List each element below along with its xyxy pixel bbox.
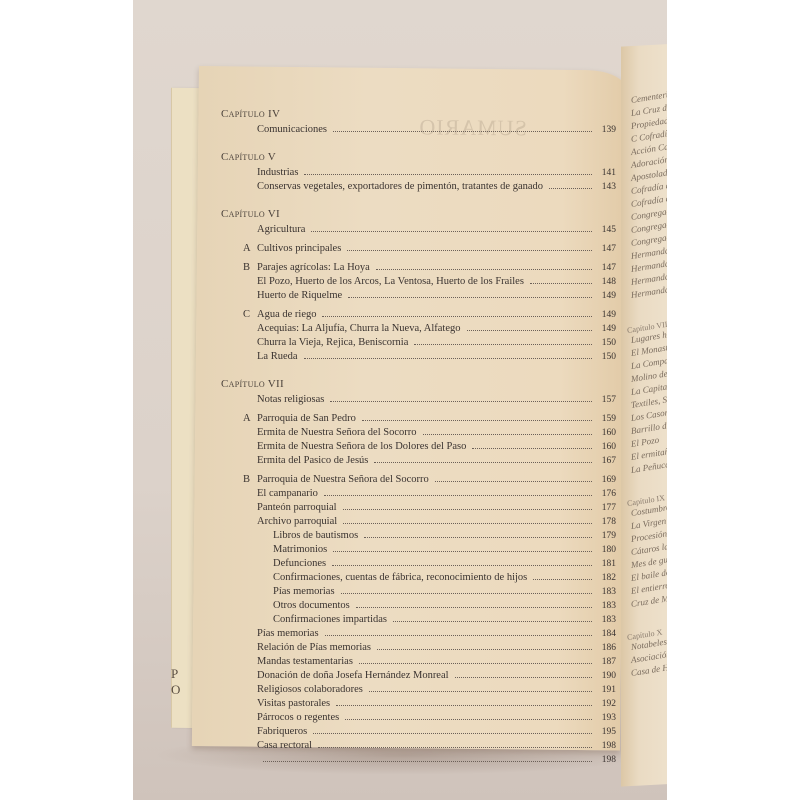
toc-entry: Conservas vegetales, exportadores de pim… [221, 180, 616, 194]
page-number: 193 [598, 711, 616, 725]
dot-leader [549, 188, 592, 189]
entry-label: El Pozo, Huerto de los Arcos, La Ventosa… [257, 275, 524, 289]
toc-entry: Otros documentos183 [221, 599, 616, 613]
entry-label: Visitas pastorales [257, 697, 330, 711]
table-of-contents: Capítulo IVComunicaciones139Capítulo VIn… [221, 108, 616, 767]
page-number: 192 [598, 697, 616, 711]
dot-leader [322, 316, 592, 317]
toc-entry: Fabriqueros195 [221, 725, 616, 739]
entry-label: Ermita de Nuestra Señora del Socorro [257, 426, 417, 440]
dot-leader [318, 747, 592, 748]
spacer [621, 299, 667, 312]
toc-entry: Ermita del Pasico de Jesús167 [221, 454, 616, 468]
chapter-heading: Capítulo V [221, 151, 616, 163]
dot-leader [325, 635, 592, 636]
toc-entry: Ermita de Nuestra Señora de los Dolores … [221, 440, 616, 454]
toc-entry: Ermita de Nuestra Señora del Socorro160 [221, 426, 616, 440]
toc-entry: Notas religiosas157 [221, 393, 616, 407]
page-number: 187 [598, 655, 616, 669]
toc-entry: Panteón parroquial177 [221, 501, 616, 515]
toc-entry: 198 [221, 753, 616, 767]
section-marker: A [243, 412, 257, 426]
toc-entry: Donación de doña Josefa Hernández Monrea… [221, 669, 616, 683]
dot-leader [359, 663, 592, 664]
page-number: 190 [598, 669, 616, 683]
toc-entry: Churra la Vieja, Rejica, Beniscornia150 [221, 336, 616, 350]
dot-leader [472, 448, 592, 449]
entry-label: Ermita del Pasico de Jesús [257, 454, 368, 468]
dot-leader [313, 733, 592, 734]
entry-label: Huerto de Riquelme [257, 289, 342, 303]
toc-entry: Pías memorias184 [221, 627, 616, 641]
toc-entry: Agricultura145 [221, 223, 616, 237]
page-number: 178 [598, 515, 616, 529]
toc-entry: AParroquia de San Pedro159 [221, 412, 616, 426]
dot-leader [414, 344, 592, 345]
spacer [621, 474, 667, 485]
dot-leader [533, 579, 592, 580]
toc-entry: BParajes agrícolas: La Hoya147 [221, 261, 616, 275]
dot-leader [336, 705, 592, 706]
dot-leader [362, 420, 592, 421]
page-number: 179 [598, 529, 616, 543]
dot-leader [467, 330, 592, 331]
flap-letter: O [171, 682, 180, 698]
page-number: 191 [598, 683, 616, 697]
toc-entry: Industrias141 [221, 166, 616, 180]
page-number: 195 [598, 725, 616, 739]
page-number: 150 [598, 336, 616, 350]
page-number: 176 [598, 487, 616, 501]
toc-entry: CAgua de riego149 [221, 308, 616, 322]
dot-leader [304, 174, 592, 175]
section-marker: A [243, 242, 257, 256]
dot-leader [356, 607, 592, 608]
dot-leader [376, 269, 592, 270]
entry-label: Casa rectoral [257, 739, 312, 753]
toc-entry: Confirmaciones, cuentas de fábrica, reco… [221, 571, 616, 585]
entry-label: Parroquia de San Pedro [257, 412, 356, 426]
page-number: 160 [598, 426, 616, 440]
dot-leader [332, 565, 592, 566]
toc-entry: Relación de Pías memorias186 [221, 641, 616, 655]
toc-entry: El campanario176 [221, 487, 616, 501]
toc-entry: BParroquia de Nuestra Señora del Socorro… [221, 473, 616, 487]
dot-leader [304, 358, 592, 359]
toc-entry: El Pozo, Huerto de los Arcos, La Ventosa… [221, 275, 616, 289]
dot-leader [435, 481, 592, 482]
toc-entry: Religiosos colaboradores191 [221, 683, 616, 697]
toc-entry: Matrimonios180 [221, 543, 616, 557]
entry-label: Otros documentos [273, 599, 350, 613]
dot-leader [348, 297, 592, 298]
spacer [621, 608, 667, 619]
entry-label: Párrocos o regentes [257, 711, 339, 725]
toc-entry: ACultivos principales147 [221, 242, 616, 256]
page-number: 150 [598, 350, 616, 364]
chapter-heading: Capítulo IV [221, 108, 616, 120]
entry-label: Acequias: La Aljufía, Churra la Nueva, A… [257, 322, 461, 336]
page-number: 159 [598, 412, 616, 426]
toc-entry: Párrocos o regentes193 [221, 711, 616, 725]
entry-label: Donación de doña Josefa Hernández Monrea… [257, 669, 449, 683]
entry-label: Conservas vegetales, exportadores de pim… [257, 180, 543, 194]
dot-leader [423, 434, 593, 435]
entry-label: Matrimonios [273, 543, 327, 557]
page-number: 148 [598, 275, 616, 289]
toc-entry: Visitas pastorales192 [221, 697, 616, 711]
entry-label: El campanario [257, 487, 318, 501]
page-number: 149 [598, 322, 616, 336]
flap-letters: P O [171, 666, 180, 698]
entry-label: Agua de riego [257, 308, 316, 322]
entry-label: Ermita de Nuestra Señora de los Dolores … [257, 440, 466, 454]
entry-label: Agricultura [257, 223, 305, 237]
dot-leader [530, 283, 592, 284]
dot-leader [333, 131, 592, 132]
page-number: 149 [598, 289, 616, 303]
page-number: 183 [598, 585, 616, 599]
entry-label: Mandas testamentarias [257, 655, 353, 669]
page-number: 186 [598, 641, 616, 655]
section-marker: C [243, 308, 257, 322]
toc-entry: Archivo parroquial178 [221, 515, 616, 529]
entry-label: Defunciones [273, 557, 326, 571]
entry-label: Confirmaciones impartidas [273, 613, 387, 627]
page-number: 149 [598, 308, 616, 322]
dot-leader [341, 593, 592, 594]
entry-label: Parroquia de Nuestra Señora del Socorro [257, 473, 429, 487]
entry-label: Fabriqueros [257, 725, 307, 739]
toc-entry: Acequias: La Aljufía, Churra la Nueva, A… [221, 322, 616, 336]
toc-entry: Casa rectoral198 [221, 739, 616, 753]
toc-entry: Pías memorias183 [221, 585, 616, 599]
facing-page: CementeriosLa Cruz de laPropiedades dC C… [621, 43, 667, 786]
entry-label: Libros de bautismos [273, 529, 358, 543]
toc-entry: Defunciones181 [221, 557, 616, 571]
toc-entry: Confirmaciones impartidas183 [221, 613, 616, 627]
page-number: 169 [598, 473, 616, 487]
chapter-heading: Capítulo VII [221, 378, 616, 390]
book-photo: P O SUMARIO CementeriosLa Cruz de laProp… [133, 0, 667, 800]
page-number: 143 [598, 180, 616, 194]
page-number: 184 [598, 627, 616, 641]
toc-entry: Libros de bautismos179 [221, 529, 616, 543]
dot-leader [345, 719, 592, 720]
chapter-heading: Capítulo VI [221, 208, 616, 220]
dot-leader [347, 250, 592, 251]
entry-label: Pías memorias [257, 627, 319, 641]
entry-label: Religiosos colaboradores [257, 683, 363, 697]
dot-leader [393, 621, 592, 622]
page-number: 160 [598, 440, 616, 454]
page-number: 198 [598, 753, 616, 767]
page-number: 183 [598, 599, 616, 613]
dot-leader [324, 495, 592, 496]
page-number: 141 [598, 166, 616, 180]
page-number: 183 [598, 613, 616, 627]
page-number: 157 [598, 393, 616, 407]
entry-label: Pías memorias [273, 585, 335, 599]
toc-entry: Huerto de Riquelme149 [221, 289, 616, 303]
dot-leader [343, 523, 592, 524]
page-number: 177 [598, 501, 616, 515]
entry-label: Parajes agrícolas: La Hoya [257, 261, 370, 275]
dot-leader [311, 231, 592, 232]
dot-leader [343, 509, 592, 510]
toc-entry: La Rueda150 [221, 350, 616, 364]
toc-entry: Mandas testamentarias187 [221, 655, 616, 669]
entry-label: Churra la Vieja, Rejica, Beniscornia [257, 336, 408, 350]
entry-label: Industrias [257, 166, 298, 180]
section-marker: B [243, 261, 257, 275]
page-number: 167 [598, 454, 616, 468]
spacer [621, 43, 667, 94]
dot-leader [377, 649, 592, 650]
entry-label: Archivo parroquial [257, 515, 337, 529]
page-number: 198 [598, 739, 616, 753]
page-number: 181 [598, 557, 616, 571]
dot-leader [369, 691, 592, 692]
entry-label: Notas religiosas [257, 393, 324, 407]
dot-leader [364, 537, 592, 538]
dot-leader [374, 462, 592, 463]
section-marker: B [243, 473, 257, 487]
dot-leader [330, 401, 592, 402]
toc-entry: Comunicaciones139 [221, 123, 616, 137]
entry-label: La Rueda [257, 350, 298, 364]
dot-leader [333, 551, 592, 552]
dot-leader [263, 761, 592, 762]
flap-letter: P [171, 666, 180, 682]
page-number: 147 [598, 261, 616, 275]
entry-label: Relación de Pías memorias [257, 641, 371, 655]
entry-label: Confirmaciones, cuentas de fábrica, reco… [273, 571, 527, 585]
entry-label: Comunicaciones [257, 123, 327, 137]
page-number: 139 [598, 123, 616, 137]
dot-leader [455, 677, 592, 678]
page-number: 145 [598, 223, 616, 237]
page-number: 147 [598, 242, 616, 256]
page-number: 182 [598, 571, 616, 585]
entry-label: Panteón parroquial [257, 501, 337, 515]
entry-label: Cultivos principales [257, 242, 341, 256]
page-number: 180 [598, 543, 616, 557]
